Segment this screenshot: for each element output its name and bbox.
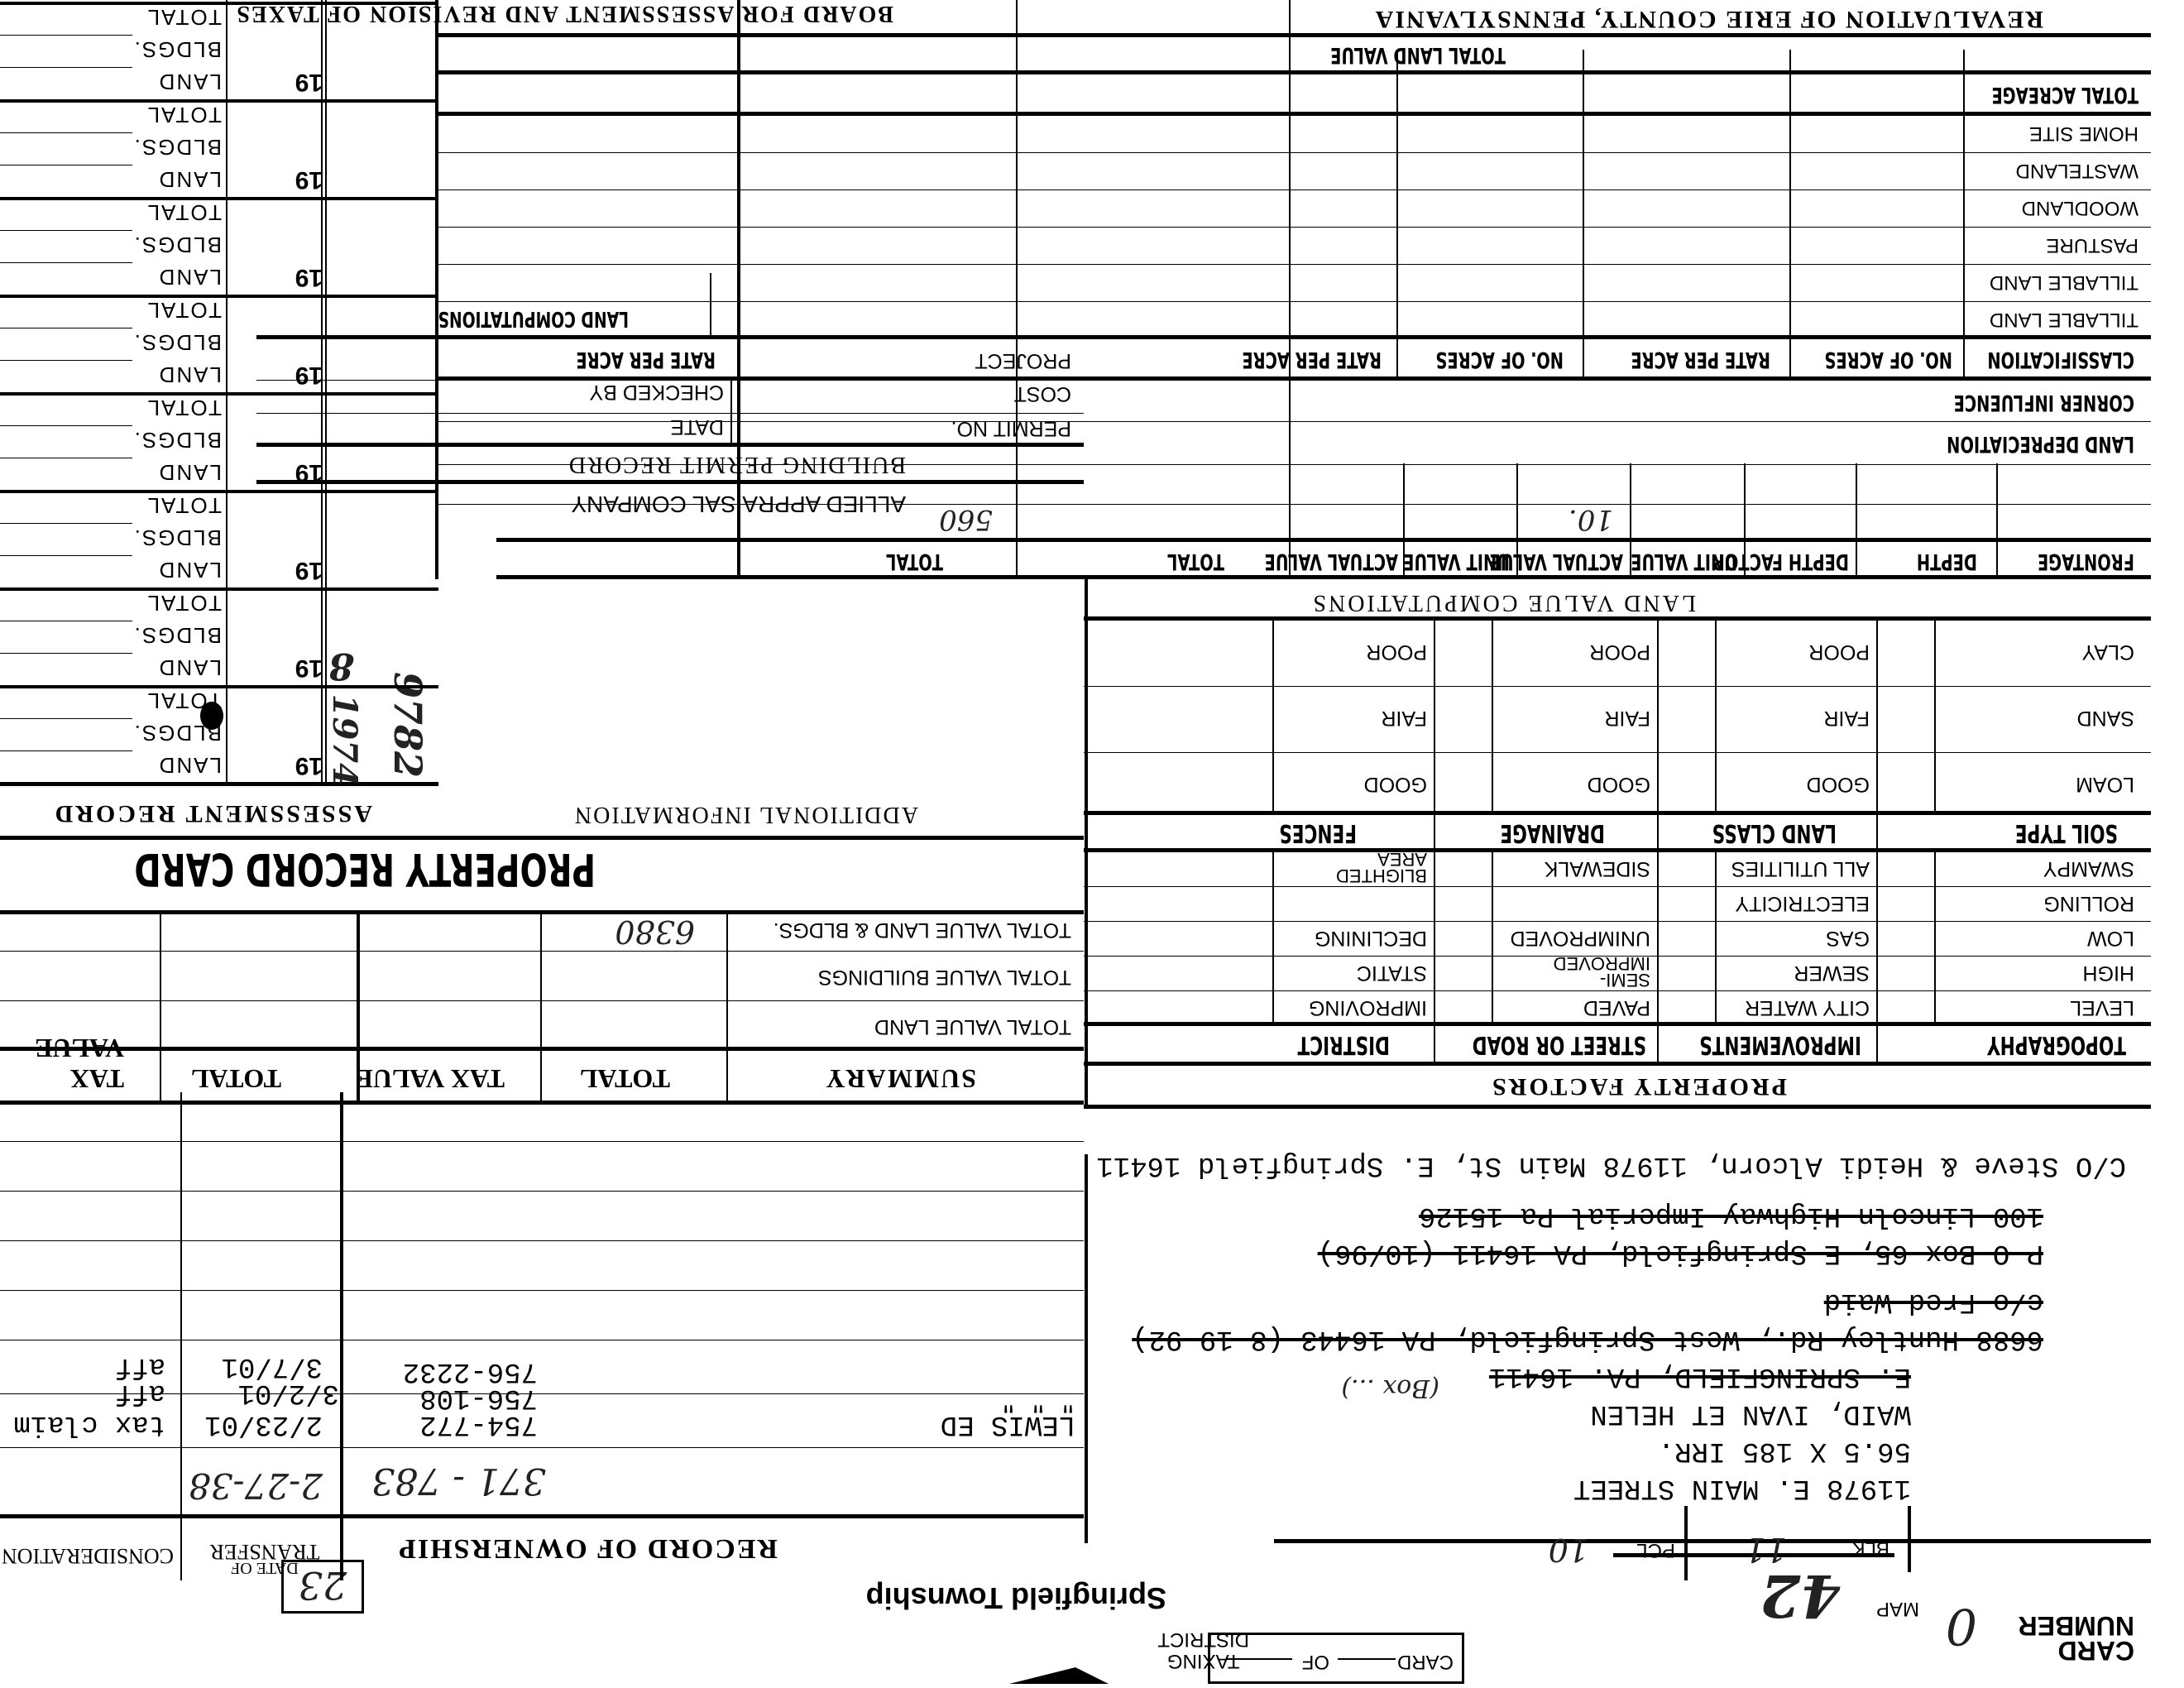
assessment-value-field[interactable] (0, 2, 132, 35)
assessment-value-field[interactable] (0, 0, 132, 2)
fences-poor: POOR (1366, 640, 1427, 664)
assessment-year-block: 19LANDBLDGS.TOTAL (0, 5, 438, 103)
divider (496, 538, 2151, 542)
assessment-year-block: 19LANDBLDGS.TOTAL (0, 493, 438, 591)
divider (0, 1141, 1084, 1142)
divider (1084, 1062, 2151, 1066)
assessment-row-label-total: TOTAL (146, 199, 222, 225)
summary-row-label: TOTAL VALUE BUILDINGS (818, 965, 1071, 989)
assessment-value-field[interactable] (0, 750, 132, 783)
factor-paved: PAVED (1583, 995, 1650, 1019)
revaluation-title: REVALUATION OF ERIE COUNTY, PENNSYLVANIA (1374, 5, 2043, 33)
card-number-value[interactable]: 0 (1946, 1597, 1977, 1655)
assessment-row-label-land: LAND (158, 557, 222, 583)
divider (1085, 579, 1088, 1109)
factor-header-topography: TOPOGRAPHY (1987, 1030, 2126, 1059)
land-class-good: GOOD (1807, 772, 1870, 796)
divider (1084, 1022, 2151, 1026)
class-row-wasteland: WASTELAND (2016, 159, 2138, 182)
class-row-woodland: WOODLAND (2022, 196, 2138, 219)
corner-influence-label: CORNER INFLUENCE (1954, 390, 2134, 415)
divider (438, 112, 2151, 116)
assessment-value-field[interactable] (0, 100, 132, 132)
assessment-row-label-land: LAND (158, 655, 222, 680)
card-number-label: CARD NUMBER (2035, 1614, 2134, 1663)
summary-row-label: TOTAL VALUE LAND (874, 1014, 1071, 1038)
assessment-value-field[interactable] (0, 262, 132, 295)
divider (0, 1447, 1084, 1448)
drainage-poor: POOR (1589, 640, 1650, 664)
taxing-label: TAXING (1157, 1650, 1249, 1671)
ownership-date[interactable]: 2-27-38 (189, 1465, 323, 1506)
class-header-rate: RATE PER ACRE (1631, 347, 1770, 372)
divider (438, 464, 2151, 465)
classification-label: CLASSIFICATION (1987, 347, 2134, 372)
divider (1085, 1154, 1088, 1543)
summary-col-total-2: TOTAL (191, 1063, 281, 1094)
divider (1084, 848, 2151, 852)
factor-static: STATIC (1357, 961, 1427, 985)
divider (1084, 686, 2151, 687)
drainage-fair: FAIR (1604, 706, 1650, 730)
land-value-title: LAND VALUE COMPUTATIONS (1310, 589, 1696, 616)
lv-header-total-2: TOTAL (886, 549, 943, 574)
property-factors-title: PROPERTY FACTORS (1490, 1072, 1787, 1101)
additional-info-label: ADDITIONAL INFORMATION (573, 801, 918, 827)
ownership-consideration[interactable]: tax claim (13, 1408, 165, 1440)
divider (1272, 621, 1274, 815)
class-row-tillable-2: TILLABLE LAND (1990, 271, 2138, 294)
assessment-row-label-total: TOTAL (146, 688, 222, 713)
lv-header-unit-value: UNIT VALUE (1631, 549, 1737, 574)
assessment-row-label-total: TOTAL (146, 297, 222, 323)
assessment-year-block: 19LANDBLDGS.TOTAL (0, 298, 438, 396)
assessment-value-field[interactable] (0, 621, 132, 653)
divider (1744, 463, 1746, 579)
record-card-title: PROPERTY RECORD CARD (134, 843, 596, 895)
land-class-poor: POOR (1808, 640, 1870, 664)
divider (0, 1340, 1084, 1340)
divider (438, 33, 2151, 37)
pcl-value[interactable]: 10 (1549, 1532, 1588, 1568)
divider (180, 1092, 182, 1580)
factor-city-water: CITY WATER (1745, 995, 1870, 1019)
lv-handwritten-total[interactable]: 560 (939, 503, 993, 536)
land-class-fair: FAIR (1823, 706, 1870, 730)
divider (1084, 921, 2151, 922)
summary-total-land-bldgs[interactable]: 6380 (615, 914, 695, 950)
assessment-value-field[interactable] (0, 718, 132, 750)
divider (496, 575, 2151, 579)
divider (438, 335, 2151, 339)
lv-header-depth: DEPTH (1917, 549, 1977, 574)
factor-header-improvements: IMPROVEMENTS (1699, 1030, 1861, 1059)
assessment-row-label-land: LAND (158, 264, 222, 290)
assessment-year-prefix: 19 (295, 263, 323, 291)
summary-col-tax-value: TAX VALUE (356, 1063, 505, 1094)
class-row-pasture: PASTURE (2046, 233, 2138, 257)
divider (438, 264, 1291, 265)
lv-header-total: TOTAL (1167, 549, 1224, 574)
factor-improving: IMPROVING (1309, 995, 1427, 1019)
land-computations-label: LAND COMPUTATIONS (438, 306, 629, 331)
arrow-mark (1009, 1667, 1109, 1684)
divider (438, 70, 2151, 74)
assessment-row-label-total: TOTAL (146, 4, 222, 30)
ownership-book-page[interactable]: 371 - 783 (371, 1460, 546, 1502)
divider (1396, 50, 1398, 381)
divider (1084, 886, 2151, 887)
divider (737, 0, 740, 579)
divider (1272, 852, 1274, 1026)
factor-sewer: SEWER (1794, 961, 1870, 985)
factor-rolling: ROLLING (2043, 891, 2134, 915)
divider (0, 910, 1084, 914)
project-label: PROJECT (975, 348, 1071, 372)
assessment-value-field[interactable] (0, 328, 132, 360)
class-header-rate-2: RATE PER ACRE (1242, 347, 1382, 372)
assessment-value-field[interactable] (0, 67, 132, 99)
divider (438, 227, 2151, 228)
summary-row-label: TOTAL VALUE LAND & BLDGS. (773, 918, 1071, 942)
assessment-year-block: 19LANDBLDGS.TOTAL (0, 396, 438, 493)
assessment-year-prefix: 19 (295, 458, 323, 487)
divider (730, 381, 732, 447)
divider (0, 1101, 1084, 1105)
lv-header-frontage: FRONTAGE (2038, 549, 2134, 574)
divider (0, 1514, 1084, 1518)
address-block: 11978 E. MAIN STREET 56.5 X 185 IRR. WAI… (1096, 1146, 2060, 1506)
current-address-line: C/O Steve & Heidi Alcorn, 11978 Main St,… (1096, 1146, 2126, 1183)
ownership-consideration[interactable]: aff (115, 1350, 165, 1382)
assessment-value-field[interactable] (0, 393, 132, 425)
soil-sand: SAND (2077, 706, 2134, 730)
assessment-row-label-bldgs: BLDGS. (133, 427, 222, 453)
summary-col-tax-value-2: TAX VALUE (0, 1033, 124, 1094)
factor-header-street-road: STREET OR ROAD (1473, 1030, 1646, 1059)
assessment-row-label-bldgs: BLDGS. (133, 232, 222, 257)
divider (1715, 621, 1717, 815)
factor-semi-improved: SEMI-IMPROVED (1535, 955, 1650, 988)
divider (0, 1191, 1084, 1192)
divider (438, 301, 2151, 302)
transfer-label: TRANSFER (199, 1543, 331, 1560)
divider (1084, 1105, 2151, 1109)
divider (1856, 463, 1857, 579)
map-value[interactable]: 42 (1760, 1561, 1841, 1630)
class-row-tillable: TILLABLE LAND (1990, 308, 2138, 331)
assessment-value-field[interactable] (0, 588, 132, 621)
factor-electricity: ELECTRICITY (1735, 891, 1870, 915)
divider (160, 914, 161, 1105)
divider (1492, 852, 1493, 1026)
lv-header-unit-value-2: UNIT VALUE (1403, 549, 1510, 574)
factor-blighted-area: BLIGHTED AREA (1328, 851, 1427, 884)
class-header-acres: NO. OF ACRES (1824, 347, 1952, 372)
assessment-row-label-bldgs: BLDGS. (133, 36, 222, 62)
blk-value[interactable]: 11 (1745, 1530, 1787, 1568)
divider (1274, 1539, 2151, 1543)
assessment-value-field[interactable] (0, 555, 132, 587)
assessment-value-field[interactable] (0, 35, 132, 67)
assessment-year-prefix: 19 (295, 165, 323, 194)
assessment-row-label-land: LAND (158, 166, 222, 192)
factor-header-fences: FENCES (1279, 818, 1357, 847)
assessment-row-label-total: TOTAL (146, 492, 222, 518)
divider (438, 189, 1291, 190)
assessment-value-field[interactable] (0, 295, 132, 328)
assessment-value-field[interactable] (0, 360, 132, 392)
assessment-row-label-total: TOTAL (146, 102, 222, 127)
permit-no-label: PERMIT NO. (951, 416, 1071, 440)
soil-clay: CLAY (2082, 640, 2134, 664)
assessment-year-prefix: 19 (295, 751, 323, 779)
ownership-title: RECORD OF OWNERSHIP (397, 1532, 778, 1564)
factor-header-land-class: LAND CLASS (1712, 818, 1837, 847)
old-address-line: c/o Fred Waid (1096, 1283, 2043, 1320)
divider (1684, 1506, 1688, 1580)
divider (0, 1290, 1084, 1291)
divider (1289, 0, 1291, 579)
drainage-good: GOOD (1588, 772, 1650, 796)
total-land-value-label: TOTAL LAND VALUE (1330, 42, 1506, 68)
divider (1516, 463, 1518, 579)
pcl-label: PCL (1636, 1538, 1675, 1561)
class-row-home-site: HOME SITE (2029, 122, 2138, 145)
assessment-value-field[interactable] (0, 523, 132, 555)
assessment-year-block: 19LANDBLDGS.TOTAL (0, 688, 438, 786)
ownership-owner-ditto: " " " (1001, 1387, 1075, 1415)
factor-unimproved: UNIMPROVED (1511, 926, 1650, 950)
divider (1789, 50, 1791, 381)
divider (1908, 1506, 1911, 1572)
taxing-district-label: TAXING DISTRICT (1157, 1628, 1249, 1671)
old-address-line: P O Box 65, E Springfield, PA 16411 (10/… (1096, 1234, 2043, 1271)
divider (1016, 0, 1018, 579)
assessment-value-field[interactable] (0, 653, 132, 685)
assessment-row-label-land: LAND (158, 362, 222, 387)
divider (0, 1000, 1084, 1001)
summary-col-total: TOTAL (580, 1063, 670, 1094)
divider (357, 914, 360, 1105)
factor-gas: GAS (1826, 926, 1870, 950)
assessment-year-block: 19LANDBLDGS.TOTAL (0, 200, 438, 298)
assessment-year-prefix: 19 (295, 556, 323, 584)
divider (0, 951, 1084, 952)
divider (1084, 990, 2151, 991)
blk-label: BLK (1852, 1537, 1889, 1560)
divider (1084, 616, 2151, 621)
assessment-row-label-bldgs: BLDGS. (133, 134, 222, 160)
factor-low: LOW (2087, 926, 2134, 950)
owner-name: WAID, IVAN ET HELEN (1096, 1394, 1911, 1431)
factor-high: HIGH (2083, 961, 2135, 985)
assessment-year-block: 19LANDBLDGS.TOTAL (0, 0, 438, 5)
assessment-row-label-bldgs: BLDGS. (133, 720, 222, 746)
divider (438, 504, 2151, 505)
divider (340, 1092, 343, 1580)
divider (1084, 752, 2151, 753)
factor-sidewalk: SIDEWALK (1545, 856, 1650, 880)
assessment-row-label-land: LAND (158, 752, 222, 778)
assessment-row-label-total: TOTAL (146, 395, 222, 420)
map-label: MAP (1876, 1597, 1919, 1620)
divider (1934, 621, 1936, 815)
assessment-value-field[interactable] (0, 198, 132, 230)
assessment-row-label-bldgs: BLDGS. (133, 329, 222, 355)
divider (1492, 621, 1493, 815)
divider (726, 914, 728, 1105)
old-address-line: 100 Lincoln Highway Imperial Pa 15126 (1096, 1196, 2043, 1234)
old-address-line: E. SPRINGFIELD, PA. 16411 (1096, 1357, 1911, 1394)
divider (1403, 463, 1405, 579)
class-header-rate-right: RATE PER ACRE (576, 347, 716, 372)
assessment-year-block: 19LANDBLDGS.TOTAL (0, 591, 438, 688)
district-label: DISTRICT (1157, 1628, 1249, 1650)
land-depreciation-label: LAND DEPRECIATION (1947, 431, 2134, 457)
divider (438, 376, 2151, 381)
divider (0, 1240, 1084, 1241)
divider (1583, 50, 1584, 381)
lv-handwritten-actual[interactable]: 10. (1569, 503, 1613, 536)
lv-header-actual-value-2: ACTUAL VALUE (1265, 549, 1398, 574)
assessment-value-field[interactable] (0, 165, 132, 197)
cost-label: COST (1014, 381, 1071, 405)
assessment-value-field[interactable] (0, 686, 132, 718)
factor-declining: DECLINING (1315, 926, 1427, 950)
assessment-year-block: 19LANDBLDGS.TOTAL (0, 103, 438, 200)
divider (540, 914, 542, 1105)
class-header-acres-2: NO. OF ACRES (1435, 347, 1564, 372)
divider (438, 421, 2151, 422)
divider (1963, 50, 1965, 381)
summary-title: SUMMARY (824, 1063, 976, 1094)
divider (1715, 852, 1717, 1026)
divider (1084, 811, 2151, 815)
divider (0, 836, 1084, 840)
old-address-line: 6688 Huntley Rd., West Springfield, PA 1… (1096, 1320, 2043, 1357)
assessment-row-label-land: LAND (158, 459, 222, 485)
assessment-value-field[interactable] (0, 425, 132, 458)
ownership-date[interactable]: 3/7/01 (222, 1350, 323, 1382)
fences-good: GOOD (1364, 772, 1427, 796)
factor-header-soil-type: SOIL TYPE (2015, 818, 2118, 847)
divider (710, 273, 711, 339)
factor-header-district: DISTRICT (1297, 1030, 1390, 1059)
factor-swampy: SWAMPY (2043, 856, 2134, 880)
assessment-year-prefix: 19 (295, 68, 323, 96)
divider (1934, 852, 1936, 1026)
handwritten-note: (Box ...) (1341, 1374, 1439, 1403)
factor-header-drainage: DRAINAGE (1500, 818, 1605, 847)
divider (1630, 463, 1631, 579)
assessment-year-prefix: 19 (295, 361, 323, 389)
assessment-row-label-bldgs: BLDGS. (133, 622, 222, 648)
assessment-row-label-land: LAND (158, 69, 222, 94)
assessment-value-field[interactable] (0, 458, 132, 490)
assessment-year-prefix: 19 (295, 654, 323, 682)
factor-all-utilities: ALL UTILITIES (1731, 856, 1870, 880)
card-of-blank[interactable] (1338, 1658, 1396, 1660)
soil-loam: LOAM (2076, 772, 2134, 796)
class-row-total-acreage: TOTAL ACREAGE (1991, 82, 2138, 108)
checked-by-label: CHECKED BY (589, 380, 724, 404)
assessment-row-label-bldgs: BLDGS. (133, 525, 222, 550)
ownership-col-consideration: CONSIDERATION (2, 1543, 174, 1568)
property-record-card-page: CARD NUMBER 0 MAP 42 BLK 11 PCL 10 CARD … (0, 0, 2184, 1688)
card-label: CARD NUMBER (2035, 1614, 2134, 1663)
factor-level: LEVEL (2070, 995, 2134, 1019)
card-of-card: CARD (1397, 1650, 1454, 1673)
ownership-book-page[interactable]: 756-2232 (403, 1355, 538, 1387)
assessment-row-label-total: TOTAL (146, 590, 222, 616)
fences-fair: FAIR (1381, 706, 1427, 730)
assessment-value-field[interactable] (0, 491, 132, 523)
assessment-record-title: ASSESSMENT RECORD (53, 799, 372, 827)
divider (438, 152, 1291, 153)
lot-size: 56.5 X 185 IRR. (1096, 1431, 1911, 1469)
card-of-of: OF (1302, 1650, 1329, 1673)
ownership-date[interactable]: 2/23/01 (204, 1408, 323, 1440)
assessment-value-field[interactable] (0, 230, 132, 262)
date-label: DATE (670, 415, 724, 439)
township-title: Springfield Township (866, 1580, 1166, 1615)
divider (0, 1047, 1084, 1051)
ownership-col-date: DATE OF TRANSFER (199, 1543, 331, 1576)
divider (1996, 463, 1998, 579)
assessment-value-field[interactable] (0, 132, 132, 165)
address-line: 11978 E. MAIN STREET (1096, 1469, 1911, 1506)
